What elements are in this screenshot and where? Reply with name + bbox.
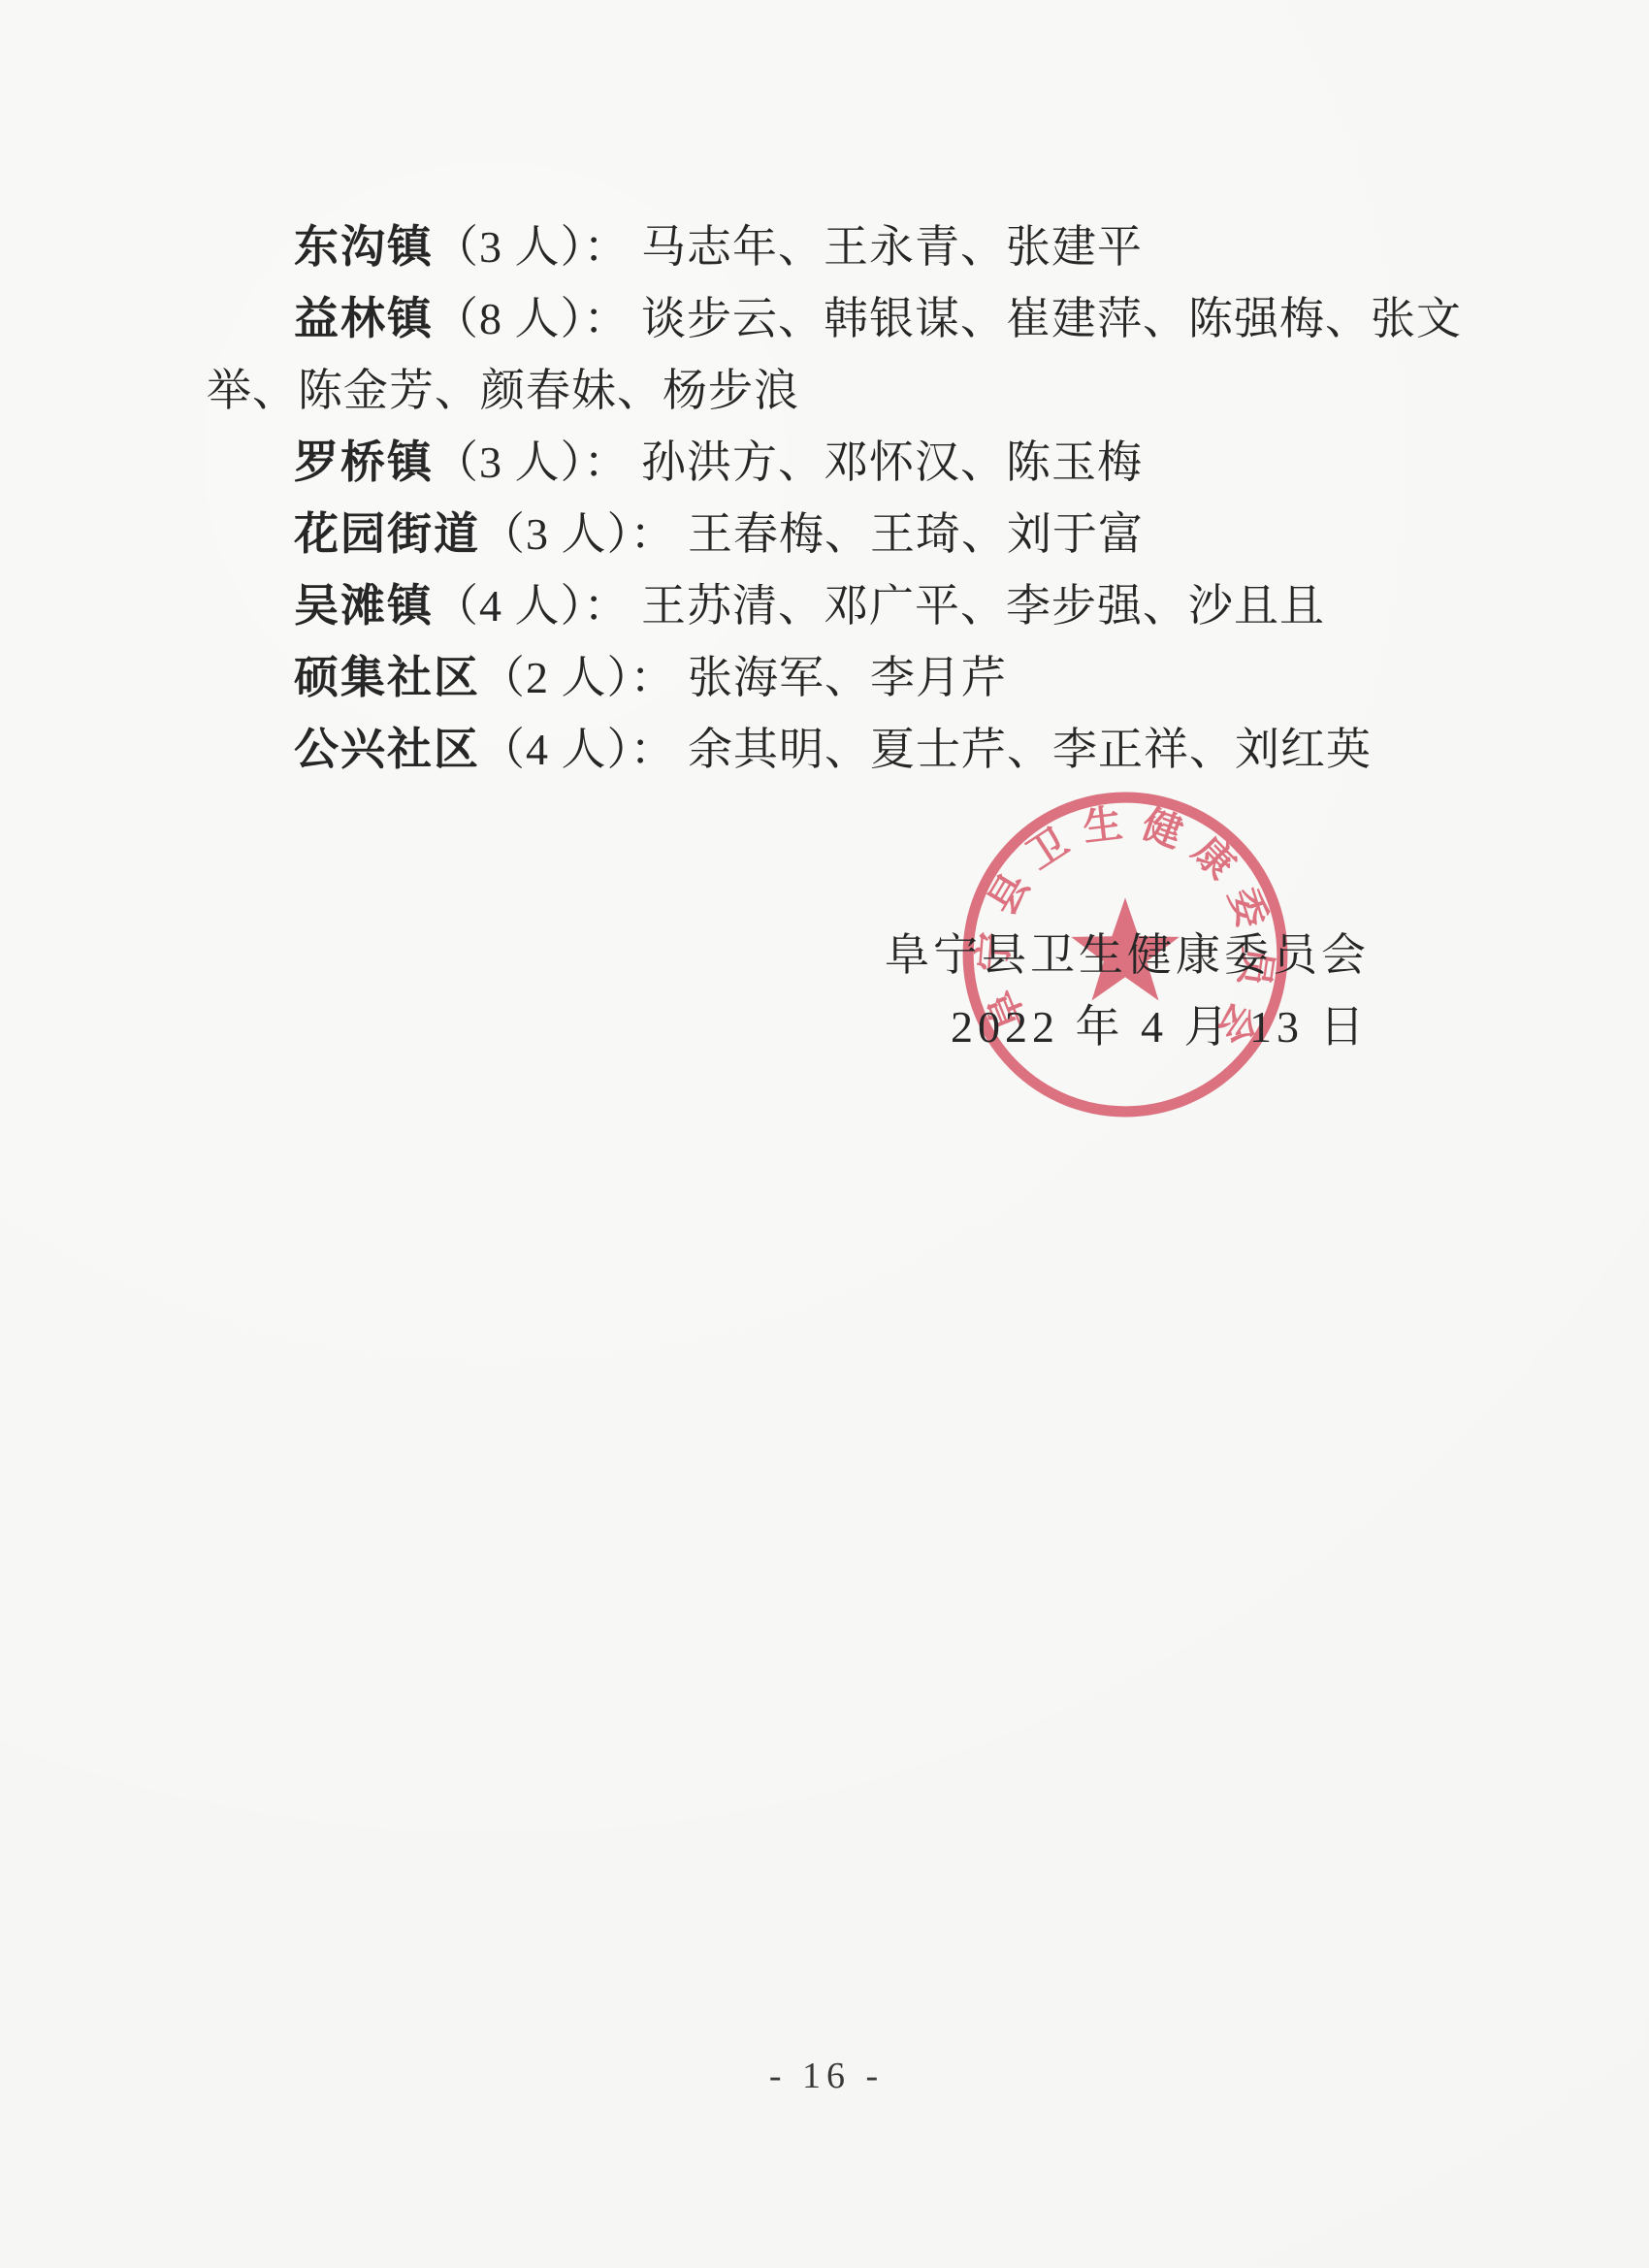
signature-organization: 阜宁县卫生健康委员会 — [885, 920, 1370, 984]
text-line: 罗桥镇（3 人）： 孙洪方、邓怀汉、陈玉梅 — [207, 427, 1453, 499]
text-line-continuation: 举、陈金芳、颜春妹、杨步浪 — [207, 355, 1453, 427]
text-line: 吴滩镇（4 人）： 王苏清、邓广平、李步强、沙且且 — [207, 570, 1453, 642]
document-page: 东沟镇（3 人）： 马志年、王永青、张建平 益林镇（8 人）： 谈步云、韩银谋、… — [0, 0, 1649, 2268]
text-line: 花园街道（3 人）： 王春梅、王琦、刘于富 — [207, 499, 1453, 570]
page-number: - 16 - — [691, 2055, 962, 2097]
member-names-text: （8 人）： 谈步云、韩银谋、崔建萍、陈强梅、张文 — [434, 294, 1462, 343]
town-name-label: 益林镇 — [294, 294, 434, 343]
text-line: 东沟镇（3 人）： 马志年、王永青、张建平 — [207, 211, 1453, 283]
town-name-label: 罗桥镇 — [294, 437, 434, 487]
member-names-text: （2 人）： 张海军、李月芹 — [480, 653, 1007, 702]
member-names-text: （4 人）： 余其明、夏士芹、李正祥、刘红英 — [480, 725, 1372, 774]
member-names-text: （3 人）： 孙洪方、邓怀汉、陈玉梅 — [434, 437, 1143, 487]
text-line: 益林镇（8 人）： 谈步云、韩银谋、崔建萍、陈强梅、张文 — [207, 283, 1453, 355]
town-name-label: 东沟镇 — [294, 222, 434, 272]
member-names-text: （4 人）： 王苏清、邓广平、李步强、沙且且 — [434, 581, 1325, 631]
town-name-label: 硕集社区 — [294, 653, 480, 702]
town-name-label: 花园街道 — [294, 509, 480, 559]
member-names-text: （3 人）： 马志年、王永青、张建平 — [434, 222, 1143, 272]
text-line: 硕集社区（2 人）： 张海军、李月芹 — [207, 642, 1453, 714]
member-names-text: 举、陈金芳、颜春妹、杨步浪 — [207, 366, 799, 415]
text-line: 公兴社区（4 人）： 余其明、夏士芹、李正祥、刘红英 — [207, 714, 1453, 786]
town-name-label: 公兴社区 — [294, 725, 480, 774]
signature-date: 2022 年 4 月 13 日 — [951, 991, 1370, 1055]
member-names-text: （3 人）： 王春梅、王琦、刘于富 — [480, 509, 1144, 559]
document-body: 东沟镇（3 人）： 马志年、王永青、张建平 益林镇（8 人）： 谈步云、韩银谋、… — [207, 211, 1453, 786]
town-name-label: 吴滩镇 — [294, 581, 434, 631]
